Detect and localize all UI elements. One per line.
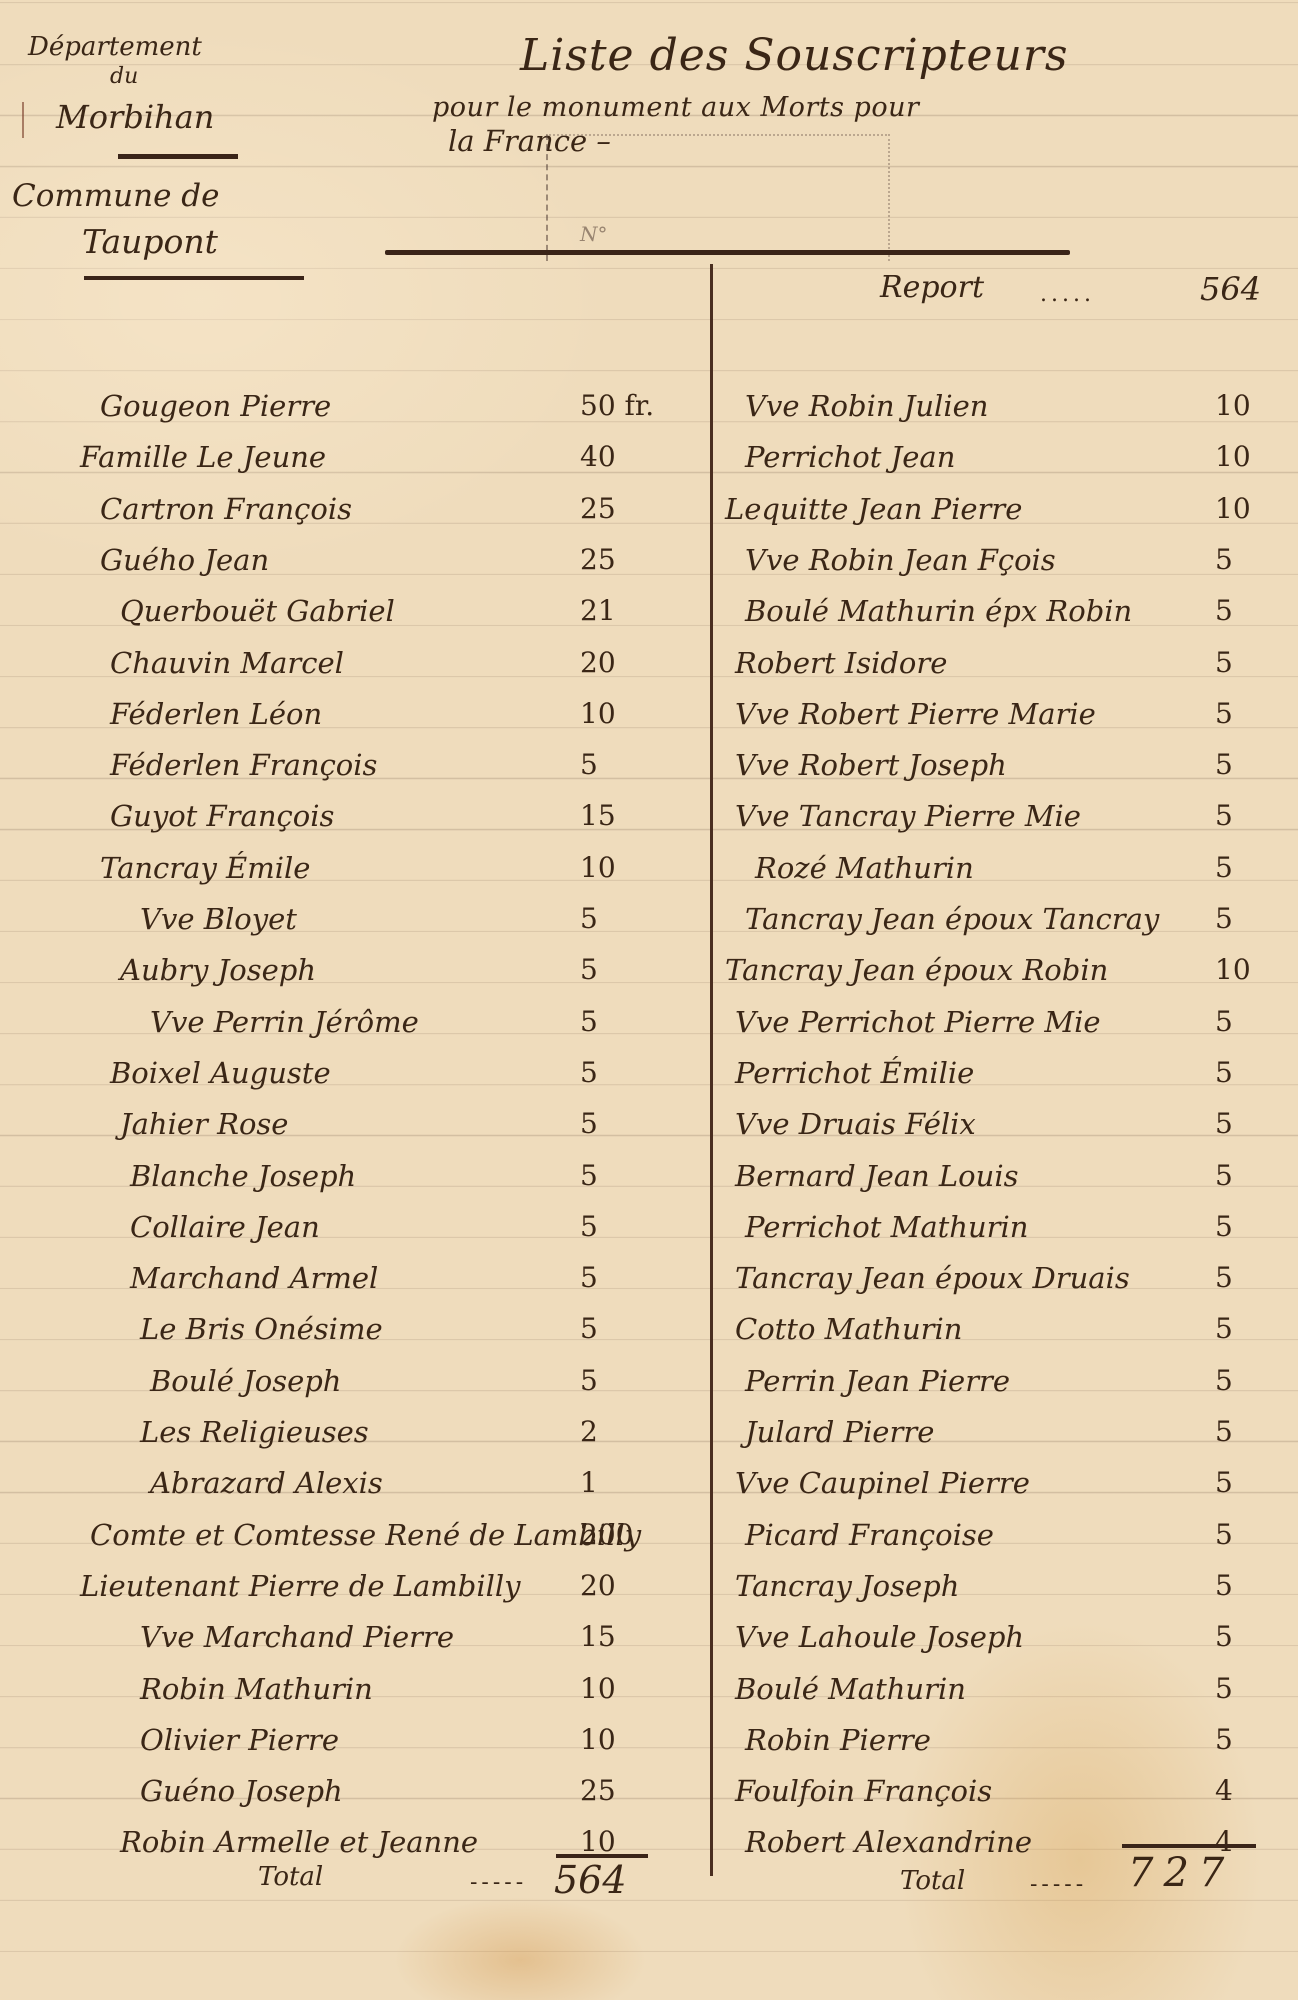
subscriber-amount: 25 — [580, 1775, 616, 1807]
subscriber-name: Jahier Rose — [120, 1108, 288, 1140]
subscriber-name: Vve Bloyet — [140, 903, 297, 935]
subscriber-amount: 5 — [1215, 698, 1233, 730]
subscriber-amount: 200 — [580, 1519, 633, 1551]
subscriber-row: Famille Le Jeune40 — [80, 423, 680, 473]
subscriber-row: Vve Bloyet5 — [80, 885, 740, 935]
subscriber-row: Cotto Mathurin5 — [725, 1295, 1295, 1345]
subscriber-row: Vve Robin Jean Fçois5 — [725, 526, 1298, 576]
subscriber-name: Vve Robert Pierre Marie — [735, 698, 1096, 730]
subscriber-row: Aubry Joseph5 — [80, 936, 720, 986]
subscriber-amount: 2 — [580, 1416, 598, 1448]
subscriber-amount: 5 — [580, 1262, 598, 1294]
subscriber-row: Julard Pierre5 — [725, 1398, 1298, 1448]
subscriber-row: Bernard Jean Louis5 — [725, 1142, 1295, 1192]
subscriber-row: Picard Françoise5 — [725, 1501, 1298, 1551]
subscriber-row: Robert Isidore5 — [725, 629, 1295, 679]
subscriber-amount: 10 — [580, 1724, 616, 1756]
subscriber-name: Tancray Émile — [100, 852, 310, 884]
subscriber-name: Tancray Jean époux Tancray — [745, 903, 1159, 935]
subscriber-name: Guého Jean — [100, 544, 269, 576]
subscriber-amount: 5 — [1215, 1365, 1233, 1397]
subscriber-name: Boulé Joseph — [150, 1365, 341, 1397]
subscriber-row: Cartron François25 — [80, 475, 700, 525]
subscriber-name: Perrichot Émilie — [735, 1057, 974, 1089]
subscriber-amount: 20 — [580, 647, 616, 679]
subscriber-name: Robin Armelle et Jeanne — [120, 1826, 478, 1858]
subscriber-row: Vve Caupinel Pierre5 — [725, 1449, 1295, 1499]
right-total-dots: ----- — [1030, 1872, 1087, 1897]
subscriber-name: Vve Perrin Jérôme — [150, 1006, 419, 1038]
subscriber-row: Perrichot Émilie5 — [725, 1039, 1295, 1089]
subscriber-name: Robin Mathurin — [140, 1673, 373, 1705]
subscriber-name: Cartron François — [100, 493, 352, 525]
left-total-dots: ----- — [470, 1870, 527, 1895]
subscriber-amount: 5 — [1215, 1416, 1233, 1448]
subscriber-name: Comte et Comtesse René de Lambilly — [90, 1519, 641, 1551]
subscriber-name: Vve Robin Jean Fçois — [745, 544, 1056, 576]
subscriber-amount: 5 — [1215, 1313, 1233, 1345]
subscriber-name: Collaire Jean — [130, 1211, 320, 1243]
subscriber-row: Boixel Auguste5 — [80, 1039, 710, 1089]
subscriber-name: Perrichot Jean — [745, 441, 955, 473]
subscriber-name: Perrin Jean Pierre — [745, 1365, 1010, 1397]
subscriber-amount: 5 — [580, 1006, 598, 1038]
subscriber-row: Tancray Jean époux Druais5 — [725, 1244, 1295, 1294]
subscriber-amount: 50 fr. — [580, 390, 654, 422]
subscriber-row: Abrazard Alexis1 — [80, 1449, 750, 1499]
subscriber-amount: 5 — [1215, 544, 1233, 576]
subscriber-name: Blanche Joseph — [130, 1160, 356, 1192]
left-total-label: Total — [258, 1862, 323, 1892]
subscriber-row: Jahier Rose5 — [80, 1090, 720, 1140]
subscriber-name: Robert Alexandrine — [745, 1826, 1032, 1858]
subscriber-row: Tancray Jean époux Robin10 — [725, 936, 1285, 986]
subscriber-name: Robin Pierre — [745, 1724, 931, 1756]
report-dots: ..... — [1040, 282, 1095, 307]
subscriber-row: Tancray Émile10 — [80, 834, 700, 884]
subscriber-amount: 21 — [580, 595, 616, 627]
subscriber-amount: 5 — [1215, 1621, 1233, 1653]
subscriber-amount: 5 — [580, 1365, 598, 1397]
subscriber-amount: 5 — [580, 1057, 598, 1089]
subscriber-name: Féderlen Léon — [110, 698, 322, 730]
left-total-value: 564 — [554, 1858, 627, 1902]
subscriber-row: Lequitte Jean Pierre10 — [725, 475, 1285, 525]
subscriber-name: Gougeon Pierre — [100, 390, 331, 422]
subscriber-row: Perrichot Jean10 — [725, 423, 1298, 473]
subscriber-row: Féderlen Léon10 — [80, 680, 710, 730]
subscriber-name: Vve Tancray Pierre Mie — [735, 800, 1081, 832]
subscriber-name: Famille Le Jeune — [80, 441, 326, 473]
report-value: 564 — [1200, 270, 1261, 308]
department-label: Département — [28, 32, 202, 62]
subscriber-amount: 10 — [1215, 390, 1251, 422]
subscriber-amount: 5 — [580, 1313, 598, 1345]
subscriber-row: Robin Mathurin10 — [80, 1655, 740, 1705]
subscriber-amount: 5 — [1215, 1467, 1233, 1499]
subscriber-amount: 5 — [1215, 1160, 1233, 1192]
subscriber-amount: 5 — [1215, 1211, 1233, 1243]
subscriber-amount: 5 — [1215, 749, 1233, 781]
subscriber-name: Les Religieuses — [140, 1416, 369, 1448]
subscriber-row: Vve Robin Julien10 — [725, 372, 1298, 422]
subscriber-amount: 5 — [1215, 1262, 1233, 1294]
subscriber-row: Querbouët Gabriel21 — [80, 577, 720, 627]
subscriber-amount: 10 — [580, 1673, 616, 1705]
subscriber-row: Vve Lahoule Joseph5 — [725, 1603, 1295, 1653]
department-du: du — [110, 64, 138, 89]
subscriber-row: Guéno Joseph25 — [80, 1757, 740, 1807]
right-total-label: Total — [900, 1866, 965, 1896]
subscriber-name: Lequitte Jean Pierre — [725, 493, 1022, 525]
header-rule — [385, 250, 1070, 255]
subscriber-name: Lieutenant Pierre de Lambilly — [80, 1570, 521, 1602]
subscriber-row: Vve Perrichot Pierre Mie5 — [725, 988, 1295, 1038]
document-page: Département du Morbihan Commune de Taupo… — [0, 0, 1298, 2000]
subscriber-amount: 5 — [1215, 1673, 1233, 1705]
subscriber-row: Guyot François15 — [80, 782, 710, 832]
subscriber-amount: 20 — [580, 1570, 616, 1602]
subscriber-amount: 5 — [1215, 800, 1233, 832]
subscriber-name: Foulfoin François — [735, 1775, 992, 1807]
subscriber-name: Guéno Joseph — [140, 1775, 343, 1807]
subscriber-amount: 5 — [580, 749, 598, 781]
subscriber-row: Boulé Mathurin épx Robin5 — [725, 577, 1298, 627]
subscriber-row: Tancray Joseph5 — [725, 1552, 1295, 1602]
subscriber-row: Tancray Jean époux Tancray5 — [725, 885, 1298, 935]
subscriber-amount: 10 — [580, 698, 616, 730]
subscriber-name: Querbouët Gabriel — [120, 595, 395, 627]
document-subtitle-line1: pour le monument aux Morts pour — [432, 92, 919, 123]
subscriber-name: Vve Druais Félix — [735, 1108, 976, 1140]
subscriber-row: Comte et Comtesse René de Lambilly200 — [80, 1501, 690, 1551]
right-total-value: 727 — [1128, 1850, 1234, 1896]
subscriber-row: Vve Robert Pierre Marie5 — [725, 680, 1295, 730]
right-sum-rule — [1122, 1844, 1256, 1848]
subscriber-row: Marchand Armel5 — [80, 1244, 730, 1294]
subscriber-row: Gougeon Pierre50 fr. — [80, 372, 700, 422]
subscriber-amount: 5 — [580, 954, 598, 986]
subscriber-name: Rozé Mathurin — [755, 852, 974, 884]
subscriber-amount: 25 — [580, 493, 616, 525]
subscriber-row: Vve Perrin Jérôme5 — [80, 988, 750, 1038]
subscriber-name: Tancray Joseph — [735, 1570, 959, 1602]
subscriber-amount: 5 — [580, 903, 598, 935]
subscriber-amount: 5 — [1215, 1057, 1233, 1089]
subscriber-amount: 15 — [580, 800, 616, 832]
subscriber-name: Guyot François — [110, 800, 334, 832]
subscriber-amount: 10 — [1215, 493, 1251, 525]
subscriber-row: Vve Marchand Pierre15 — [80, 1603, 740, 1653]
commune-underline — [84, 276, 304, 280]
subscriber-name: Vve Caupinel Pierre — [735, 1467, 1030, 1499]
subscriber-row: Féderlen François5 — [80, 731, 710, 781]
subscriber-amount: 5 — [1215, 903, 1233, 935]
commune-name: Taupont — [82, 222, 218, 261]
subscriber-row: Boulé Mathurin5 — [725, 1655, 1295, 1705]
subscriber-name: Tancray Jean époux Robin — [725, 954, 1108, 986]
subscriber-amount: 5 — [1215, 1519, 1233, 1551]
subscriber-name: Julard Pierre — [745, 1416, 934, 1448]
document-title: Liste des Souscripteurs — [520, 30, 1069, 81]
subscriber-row: Les Religieuses2 — [80, 1398, 740, 1448]
subscriber-amount: 5 — [580, 1108, 598, 1140]
subscriber-amount: 5 — [1215, 647, 1233, 679]
subscriber-amount: 4 — [1215, 1775, 1233, 1807]
subscriber-name: Perrichot Mathurin — [745, 1211, 1028, 1243]
subscriber-row: Foulfoin François4 — [725, 1757, 1295, 1807]
subscriber-name: Boixel Auguste — [110, 1057, 331, 1089]
subscriber-row: Perrichot Mathurin5 — [725, 1193, 1298, 1243]
subscriber-name: Chauvin Marcel — [110, 647, 344, 679]
margin-mark — [22, 102, 24, 138]
subscriber-row: Vve Druais Félix5 — [725, 1090, 1295, 1140]
department-name: Morbihan — [56, 98, 214, 136]
subscriber-row: Robin Armelle et Jeanne10 — [80, 1808, 720, 1858]
subscriber-row: Vve Robert Joseph5 — [725, 731, 1295, 781]
subscriber-amount: 5 — [1215, 1570, 1233, 1602]
subscriber-name: Féderlen François — [110, 749, 377, 781]
commune-label: Commune de — [12, 178, 220, 214]
subscriber-amount: 25 — [580, 544, 616, 576]
subscriber-amount: 15 — [580, 1621, 616, 1653]
subscriber-name: Boulé Mathurin — [735, 1673, 966, 1705]
subscriber-row: Olivier Pierre10 — [80, 1706, 740, 1756]
subscriber-row: Robin Pierre5 — [725, 1706, 1298, 1756]
subscriber-amount: 5 — [580, 1211, 598, 1243]
subscriber-row: Boulé Joseph5 — [80, 1347, 750, 1397]
subscriber-amount: 40 — [580, 441, 616, 473]
department-underline — [118, 154, 238, 159]
subscriber-name: Marchand Armel — [130, 1262, 378, 1294]
subscriber-name: Vve Robin Julien — [745, 390, 988, 422]
subscriber-amount: 10 — [1215, 954, 1251, 986]
subscriber-row: Blanche Joseph5 — [80, 1142, 730, 1192]
subscriber-amount: 5 — [580, 1160, 598, 1192]
subscriber-name: Vve Marchand Pierre — [140, 1621, 454, 1653]
subscriber-amount: 5 — [1215, 1108, 1233, 1140]
subscriber-amount: 5 — [1215, 1006, 1233, 1038]
subscriber-name: Tancray Jean époux Druais — [735, 1262, 1130, 1294]
subscriber-name: Boulé Mathurin épx Robin — [745, 595, 1132, 627]
subscriber-name: Vve Perrichot Pierre Mie — [735, 1006, 1101, 1038]
subscriber-row: Le Bris Onésime5 — [80, 1295, 740, 1345]
subscriber-amount: 1 — [580, 1467, 598, 1499]
subscriber-amount: 5 — [1215, 1724, 1233, 1756]
subscriber-name: Bernard Jean Louis — [735, 1160, 1018, 1192]
subscriber-row: Collaire Jean5 — [80, 1193, 730, 1243]
subscriber-name: Olivier Pierre — [140, 1724, 339, 1756]
subscriber-row: Rozé Mathurin5 — [725, 834, 1298, 884]
subscriber-name: Vve Robert Joseph — [735, 749, 1007, 781]
report-label: Report — [880, 270, 984, 305]
subscriber-row: Chauvin Marcel20 — [80, 629, 710, 679]
subscriber-row: Vve Tancray Pierre Mie5 — [725, 782, 1295, 832]
subscriber-name: Aubry Joseph — [120, 954, 316, 986]
subscriber-row: Perrin Jean Pierre5 — [725, 1347, 1298, 1397]
stamp-number-label: N° — [580, 222, 608, 246]
subscriber-name: Abrazard Alexis — [150, 1467, 383, 1499]
subscriber-name: Picard Françoise — [745, 1519, 994, 1551]
subscriber-amount: 5 — [1215, 595, 1233, 627]
subscriber-name: Vve Lahoule Joseph — [735, 1621, 1024, 1653]
subscriber-amount: 10 — [580, 852, 616, 884]
subscriber-row: Lieutenant Pierre de Lambilly20 — [80, 1552, 680, 1602]
subscriber-name: Cotto Mathurin — [735, 1313, 962, 1345]
subscriber-amount: 10 — [1215, 441, 1251, 473]
subscriber-name: Robert Isidore — [735, 647, 947, 679]
subscriber-row: Guého Jean25 — [80, 526, 700, 576]
subscriber-amount: 5 — [1215, 852, 1233, 884]
subscriber-name: Le Bris Onésime — [140, 1313, 383, 1345]
